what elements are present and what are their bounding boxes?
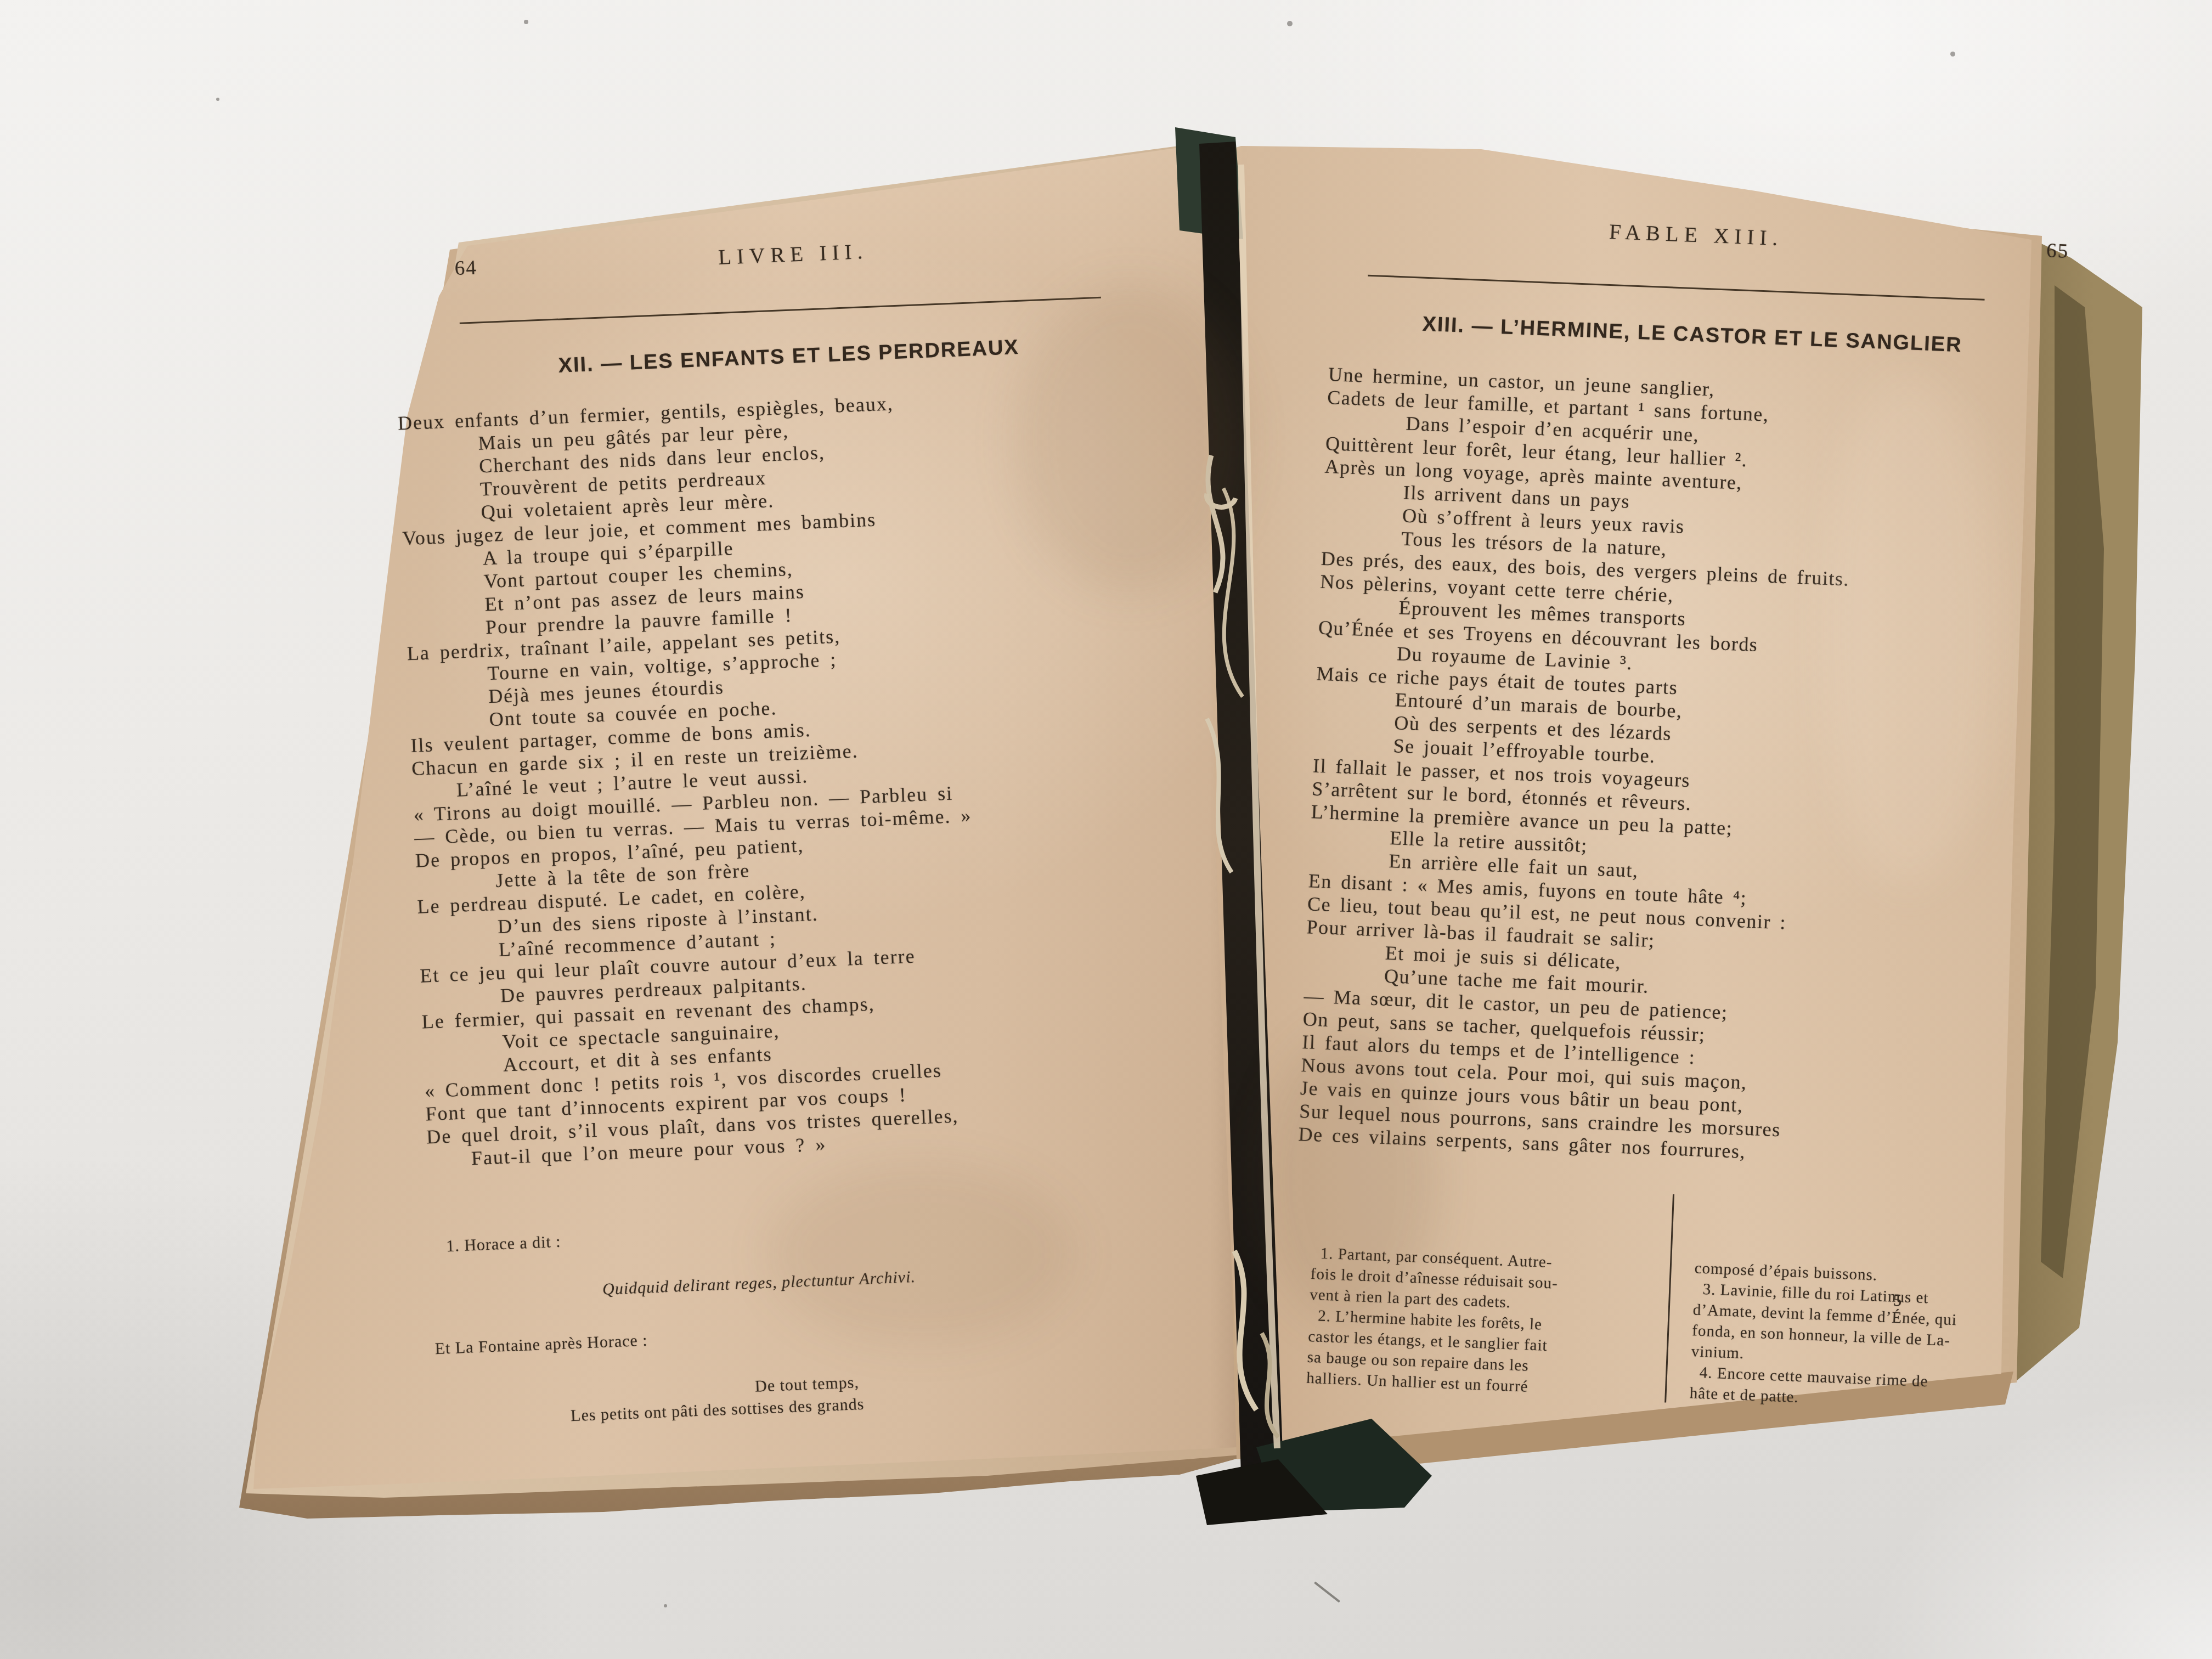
right-footnote-column-2: composé d’épais buissons. 3. Lavinie, fi…: [1664, 1194, 2020, 1417]
table-fiber: [1314, 1582, 1340, 1603]
footnote-after: Et La Fontaine après Horace :: [435, 1308, 1176, 1360]
left-header-rule: [460, 297, 1101, 324]
page-highlight: [1821, 373, 1997, 889]
left-running-head-row: 64 LIVRE III.: [391, 229, 1132, 285]
page-stain: [1262, 1031, 1437, 1328]
dust-speck: [524, 20, 528, 24]
dust-speck: [664, 1604, 667, 1607]
dust-speck: [216, 98, 219, 101]
page-stain: [768, 1163, 1075, 1344]
right-header-rule: [1368, 275, 1984, 301]
dust-speck: [1287, 21, 1293, 26]
dust-speck: [1950, 52, 1955, 57]
left-running-head: LIVRE III.: [553, 233, 1034, 276]
signature-mark: 5: [1893, 1290, 1902, 1311]
photo-of-open-book: 64 LIVRE III. XII. — LES ENFANTS ET LES …: [0, 0, 2212, 1659]
page-stain: [1015, 285, 1245, 592]
right-page-number: 65: [2046, 239, 2069, 263]
left-page-number: 64: [454, 253, 554, 280]
